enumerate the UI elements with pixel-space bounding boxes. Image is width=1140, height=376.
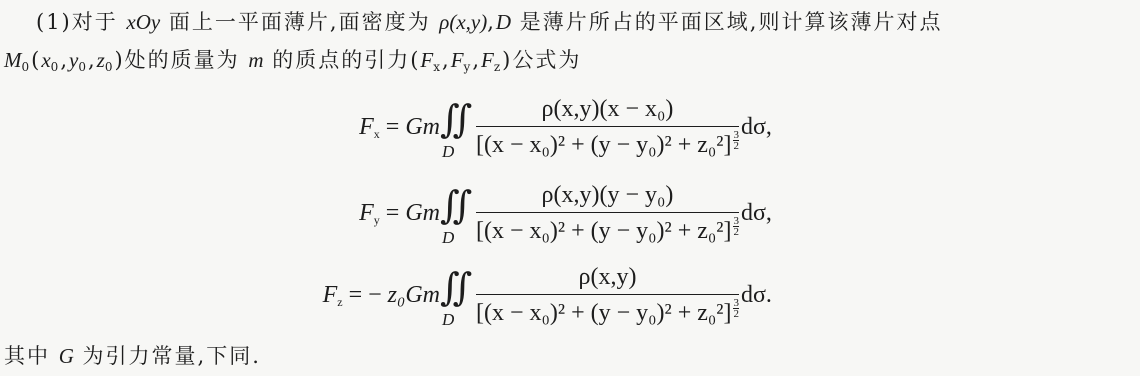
text: 的质点的引力( (264, 48, 421, 72)
subscript: y (464, 60, 473, 74)
exponent-den: 2 (733, 141, 739, 151)
text: (1)对于 (36, 10, 126, 34)
equation-lhs: Fy = Gm (0, 200, 440, 228)
equation-fy: Fy = Gm ∬ D ρ(x,y)(y − y₀) [(x − x₀)² + … (0, 182, 1140, 245)
differential: dσ, (741, 200, 772, 227)
numerator: ρ(x,y)(y − y₀) (476, 182, 739, 213)
denominator: [(x − x₀)² + (y − y₀)² + z₀²]32 (476, 213, 739, 245)
fraction: ρ(x,y)(y − y₀) [(x − x₀)² + (y − y₀)² + … (476, 182, 739, 245)
equation-lhs: Fz = − z₀Gm (0, 282, 440, 310)
denominator-text: [(x − x₀)² + (y − y₀)² + z₀²] (476, 132, 731, 158)
text: )公式为 (502, 48, 581, 72)
fraction: ρ(x,y) [(x − x₀)² + (y − y₀)² + z₀²]32 (476, 264, 739, 327)
denominator-text: [(x − x₀)² + (y − y₀)² + z₀²] (476, 218, 731, 244)
subscript: z (494, 60, 502, 74)
math-var: z (97, 48, 105, 72)
coefficient: Gm (405, 114, 440, 140)
coefficient: Gm (405, 200, 440, 226)
footer-line: 其中 G 为引力常量,下同. (4, 342, 261, 370)
exponent-den: 2 (733, 309, 739, 319)
numerator: ρ(x,y) (476, 264, 739, 295)
text: )处的质量为 (114, 48, 248, 72)
integral-region: D (442, 228, 454, 248)
equation-fx: Fx = Gm ∬ D ρ(x,y)(x − x₀) [(x − x₀)² + … (0, 96, 1140, 159)
integral-icon: ∬ (440, 186, 472, 226)
math-var: F (359, 200, 374, 226)
equals-sign: = − (343, 282, 388, 308)
equation-lhs: Fx = Gm (0, 114, 440, 142)
paragraph-line-2: M0(x0,y0,z0)处的质量为 m 的质点的引力(Fx,Fy,Fz)公式为 (4, 46, 581, 81)
equals-sign: = (380, 200, 406, 226)
math-var: M (4, 48, 22, 72)
text: , (472, 48, 481, 72)
integral-icon: ∬ (440, 100, 472, 140)
denominator: [(x − x₀)² + (y − y₀)² + z₀²]32 (476, 127, 739, 159)
exponent-den: 2 (733, 227, 739, 237)
coefficient: z₀Gm (388, 282, 440, 308)
double-integral: ∬ D (440, 266, 474, 326)
exponent-fraction: 32 (733, 130, 739, 151)
exponent-fraction: 32 (733, 298, 739, 319)
math-var: xOy (126, 10, 160, 34)
equation-fz: Fz = − z₀Gm ∬ D ρ(x,y) [(x − x₀)² + (y −… (0, 264, 1140, 327)
subscript: 0 (22, 60, 32, 74)
math-var: F (451, 48, 464, 72)
math-var: F (323, 282, 338, 308)
exponent-fraction: 32 (733, 216, 739, 237)
equals-sign: = (380, 114, 406, 140)
text: ( (31, 48, 41, 72)
math-var: F (481, 48, 494, 72)
math-var: m (248, 48, 263, 72)
math-var: y (69, 48, 78, 72)
denominator-text: [(x − x₀)² + (y − y₀)² + z₀²] (476, 300, 731, 326)
text: 面上一平面薄片,面密度为 (160, 10, 439, 34)
subscript: x (433, 60, 442, 74)
math-var: x (41, 48, 50, 72)
text: 其中 (4, 344, 59, 368)
numerator: ρ(x,y)(x − x₀) (476, 96, 739, 127)
integral-region: D (442, 142, 454, 162)
math-var: F (420, 48, 433, 72)
subscript: 0 (78, 60, 88, 74)
subscript: 0 (51, 60, 61, 74)
paragraph-line-1: (1)对于 xOy 面上一平面薄片,面密度为 ρ(x,y),D 是薄片所占的平面… (36, 8, 942, 36)
text: , (487, 10, 496, 34)
text: 是薄片所占的平面区域,则计算该薄片对点 (511, 10, 942, 34)
math-var: G (59, 344, 74, 368)
differential: dσ. (741, 282, 772, 309)
integral-icon: ∬ (440, 268, 472, 308)
text: , (60, 48, 69, 72)
integral-region: D (442, 310, 454, 330)
double-integral: ∬ D (440, 184, 474, 244)
math-var: D (496, 10, 511, 34)
text: 为引力常量,下同. (74, 344, 261, 368)
math-var: F (359, 114, 374, 140)
denominator: [(x − x₀)² + (y − y₀)² + z₀²]32 (476, 295, 739, 327)
math-var: ρ(x,y) (439, 10, 487, 34)
fraction: ρ(x,y)(x − x₀) [(x − x₀)² + (y − y₀)² + … (476, 96, 739, 159)
text: , (88, 48, 97, 72)
differential: dσ, (741, 114, 772, 141)
text: , (442, 48, 451, 72)
double-integral: ∬ D (440, 98, 474, 158)
